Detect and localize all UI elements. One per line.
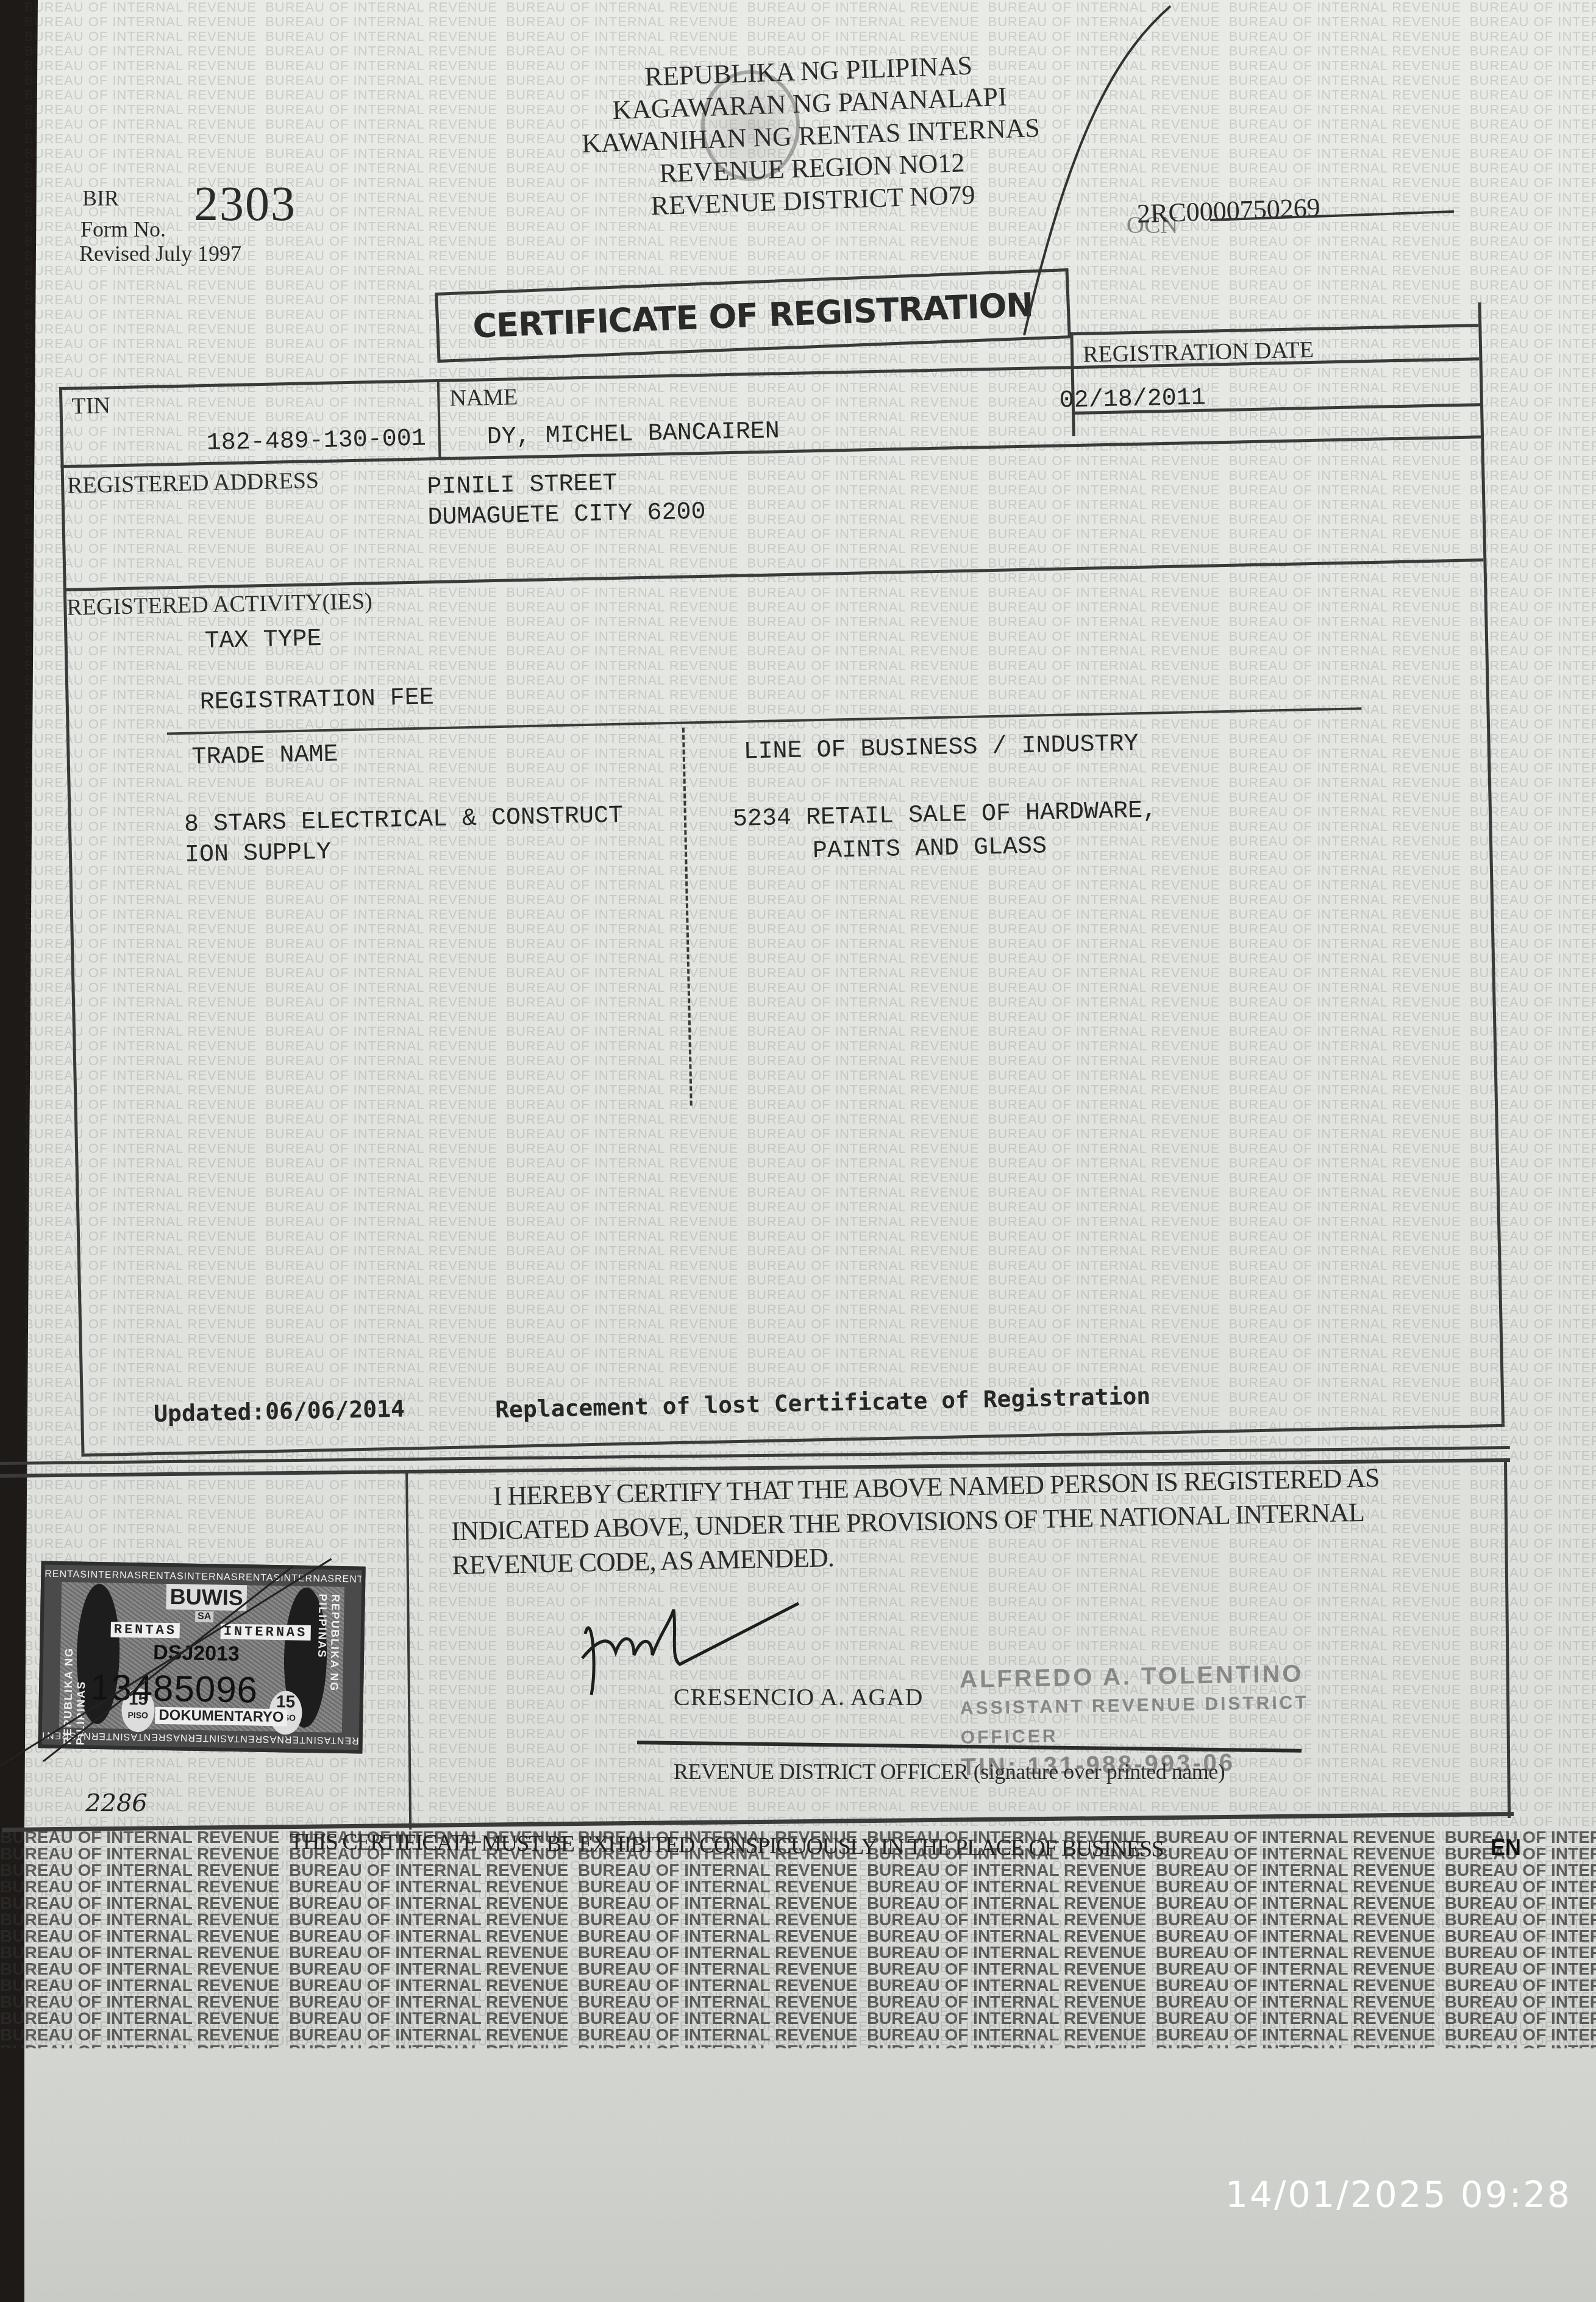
stamp-side-text: REPUBLIKA NG PILIPINAS: [313, 1594, 341, 1750]
line-of-business-line-1: 5234 RETAIL SALE OF HARDWARE,: [733, 797, 1158, 833]
stamp-sa: SA: [195, 1611, 214, 1623]
trade-name-line-1: 8 STARS ELECTRICAL & CONSTRUCT: [184, 802, 624, 839]
registration-form-table: TIN 182-489-130-001 NAME DY, MICHEL BANC…: [58, 302, 1508, 1448]
stamp-title: BUWIS: [166, 1584, 247, 1611]
update-note: Updated:06/06/2014: [154, 1395, 405, 1427]
officer-caption: REVENUE DISTRICT OFFICER (signature over…: [674, 1759, 1225, 1784]
address-line-2: DUMAGUETE CITY 6200: [427, 499, 706, 532]
registered-address-label: REGISTERED ADDRESS: [67, 467, 319, 499]
ocn-value: 2RC0000750269: [1136, 192, 1320, 229]
photo-timestamp: 14/01/2025 09:28: [1225, 2174, 1572, 2215]
name-value: DY, MICHEL BANCAIREN: [486, 418, 780, 451]
name-label: NAME: [449, 383, 518, 412]
tax-type-label: TAX TYPE: [204, 625, 322, 655]
officer-name: CRESENCIO A. AGAD: [674, 1683, 923, 1711]
registered-activities-label: REGISTERED ACTIVITY(IES): [66, 588, 372, 621]
form-no-label: Form No.: [80, 216, 166, 242]
tax-type-item: REGISTRATION FEE: [199, 684, 434, 716]
tin-label: TIN: [71, 392, 110, 419]
en-mark: EN: [1491, 1835, 1521, 1861]
bir-label: BIR: [82, 186, 119, 210]
stamp-rentas: RENTAS: [111, 1622, 180, 1638]
revision-date: Revised July 1997: [79, 241, 241, 266]
trade-name-label: TRADE NAME: [191, 741, 338, 772]
documentary-stamp: RENTASINTERNASRENTASINTERNASRENTASINTERN…: [38, 1561, 365, 1753]
agency-header: REPUBLIKA NG PILIPINAS KAGAWARAN NG PANA…: [473, 43, 1149, 228]
registration-date-label: REGISTRATION DATE: [1083, 337, 1314, 368]
registration-date-value: 02/18/2011: [1059, 385, 1206, 415]
line-of-business-line-2: PAINTS AND GLASS: [813, 833, 1047, 865]
stamp-internas: INTERNAS: [221, 1624, 311, 1641]
stamp-side-text: REPUBLIKA NG PILIPINAS: [61, 1589, 89, 1745]
update-reason: Replacement of lost Certificate of Regis…: [495, 1383, 1151, 1424]
tin-value: 182-489-130-001: [206, 425, 426, 457]
address-line-1: PINILI STREET: [427, 470, 618, 502]
handwritten-note: 2286: [85, 1789, 148, 1817]
line-of-business-label: LINE OF BUSINESS / INDUSTRY: [743, 730, 1139, 766]
form-number: 2303: [194, 177, 296, 232]
stamp-line: ASSISTANT REVENUE DISTRICT OFFICER: [960, 1687, 1388, 1753]
trade-name-line-2: ION SUPPLY: [185, 839, 332, 869]
